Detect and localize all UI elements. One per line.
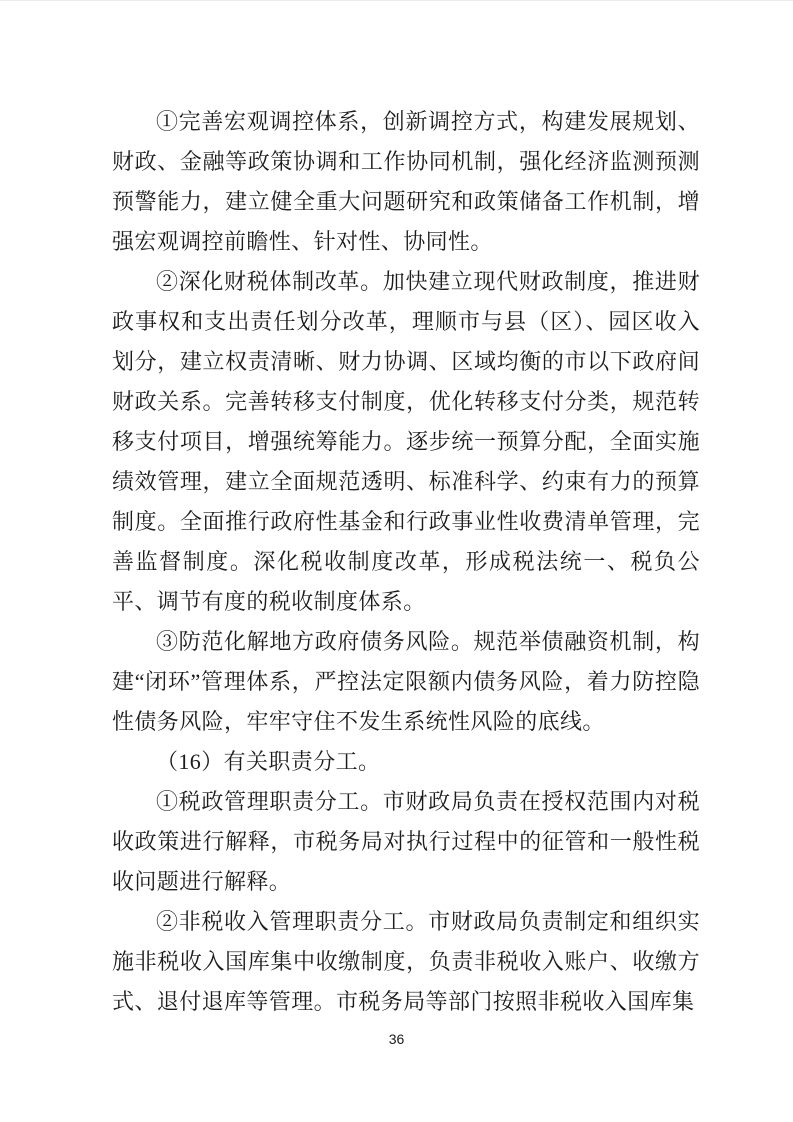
- page-number: 36: [0, 1031, 793, 1048]
- paragraph-nontax-revenue-duty: ②非税收入管理职责分工。市财政局负责制定和组织实施非税收入国库集中收缴制度，负责…: [112, 902, 700, 1022]
- paragraph-fiscal-tax-reform: ②深化财税体制改革。加快建立现代财政制度，推进财政事权和支出责任划分改革，理顺市…: [112, 262, 700, 622]
- paragraph-duty-division-heading: （16）有关职责分工。: [112, 742, 700, 782]
- document-body: ①完善宏观调控体系，创新调控方式，构建发展规划、财政、金融等政策协调和工作协同机…: [112, 102, 700, 1022]
- paragraph-tax-policy-duty: ①税政管理职责分工。市财政局负责在授权范围内对税收政策进行解释，市税务局对执行过…: [112, 782, 700, 902]
- paragraph-macro-control: ①完善宏观调控体系，创新调控方式，构建发展规划、财政、金融等政策协调和工作协同机…: [112, 102, 700, 262]
- document-page: ①完善宏观调控体系，创新调控方式，构建发展规划、财政、金融等政策协调和工作协同机…: [0, 0, 793, 1122]
- paragraph-debt-risk: ③防范化解地方政府债务风险。规范举债融资机制，构建“闭环”管理体系，严控法定限额…: [112, 622, 700, 742]
